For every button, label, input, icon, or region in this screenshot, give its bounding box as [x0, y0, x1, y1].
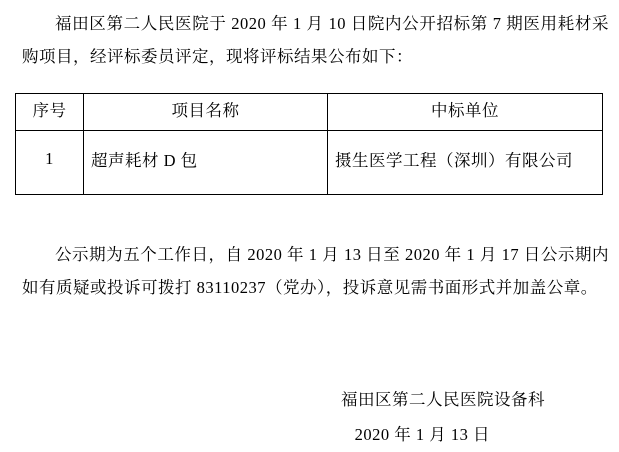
- table-header-row: 序号 项目名称 中标单位: [16, 94, 603, 131]
- date-line: 2020 年 1 月 13 日: [0, 417, 619, 452]
- notice-document: 福田区第二人民医院于 2020 年 1 月 10 日院内公开招标第 7 期医用耗…: [0, 0, 619, 452]
- cell-seq: 1: [16, 131, 84, 195]
- publicity-paragraph: 公示期为五个工作日，自 2020 年 1 月 13 日至 2020 年 1 月 …: [0, 238, 619, 304]
- signature-line: 福田区第二人民医院设备科: [0, 382, 619, 417]
- intro-paragraph: 福田区第二人民医院于 2020 年 1 月 10 日院内公开招标第 7 期医用耗…: [0, 0, 619, 73]
- cell-project-name: 超声耗材 D 包: [84, 131, 328, 195]
- cell-winning-bidder: 摄生医学工程（深圳）有限公司: [328, 131, 603, 195]
- table-row: 1 超声耗材 D 包 摄生医学工程（深圳）有限公司: [16, 131, 603, 195]
- signature-block: 福田区第二人民医院设备科 2020 年 1 月 13 日: [0, 382, 619, 452]
- header-project-name: 项目名称: [84, 94, 328, 131]
- header-winning-bidder: 中标单位: [328, 94, 603, 131]
- bid-results-table: 序号 项目名称 中标单位 1 超声耗材 D 包 摄生医学工程（深圳）有限公司: [15, 93, 603, 195]
- header-seq: 序号: [16, 94, 84, 131]
